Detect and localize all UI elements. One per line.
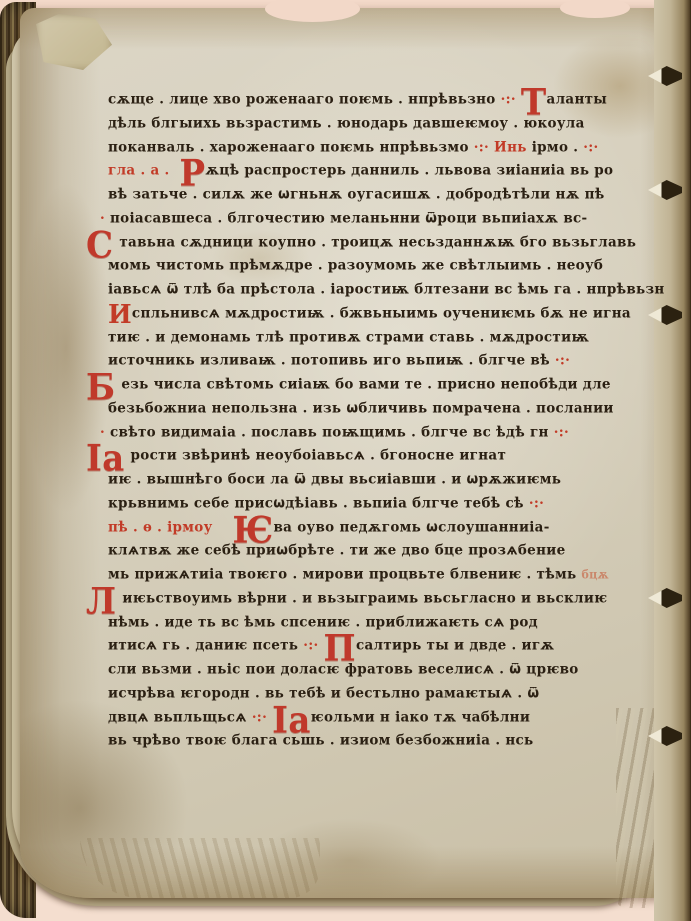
text-run: свѣто видимаіа . пославь поѭщимь . блгче… [110, 424, 554, 441]
manuscript-line: тиѥ . и демонамь тлѣ противѫ страми став… [108, 329, 589, 346]
text-run: рости звѣринѣ неоубоіавьсѧ . бгоносне иг… [131, 447, 507, 464]
rubric-mark: ·:· [501, 91, 521, 108]
text-run: ѫцѣ распростерь данниль . львова зиіаниі… [205, 162, 613, 179]
manuscript-line: · поіасавшеса . блгочестию меланьнни ѿро… [100, 210, 587, 227]
manuscript-line: итисѧ гь . даниѥ псеть ·:· Псалтирь ты и… [108, 637, 554, 654]
text-run: спльнивсѧ мѫдростиѭ . бжвьныимь оучениѥм… [132, 305, 631, 322]
text-run: ѥольми н іако тѫ чабѣлни [311, 709, 530, 726]
rubric-mark: Инь [494, 139, 532, 156]
text-run: сли вьзми . ньіс пои доласѥ фратовь весе… [108, 661, 579, 678]
manuscript-line: мь прижѧтиіа твоѥго . мирови процвьте бл… [108, 566, 609, 583]
rubric-mark: ·:· [555, 352, 570, 369]
text-run: ірмо . [532, 139, 579, 156]
manuscript-line: дѣль блгыихь вьзрастимь . юнодарь давшеѥ… [108, 115, 585, 132]
text-run: салтирь ты и двде . игѫ [356, 637, 554, 654]
manuscript-line: Безь числа свѣтомь сиіаѭ бо вами те . пр… [108, 376, 611, 393]
manuscript-line: Іарости звѣринѣ неоубоіавьсѧ . бгоносне … [108, 447, 506, 464]
margin-note: бцѫ [581, 568, 608, 582]
text-run: иѥ . вышнѣго боси ла ѿ двы вьсиіавши . и… [108, 471, 561, 488]
manuscript-line: крьвнимь себе присѡдѣіавь . вьпиіа блгче… [108, 495, 544, 512]
text-run: тиѥ . и демонамь тлѣ противѫ страми став… [108, 329, 589, 346]
manuscript-line: иѥ . вышнѣго боси ла ѿ двы вьсиіавши . и… [108, 471, 561, 488]
text-run: крьвнимь себе присѡдѣіавь . вьпиіа блгче… [108, 495, 529, 512]
manuscript-line: источникь изливаѭ . потопивь иго вьпиѭ .… [108, 352, 570, 369]
manuscript-line: пѣ . ѳ . ірмоу Ѥва оуво педѫгомь ѡслоуша… [108, 519, 550, 536]
text-run: поіасавшеса . блгочестию меланьнни ѿроци… [110, 210, 587, 227]
rubric-mark: ·:· [578, 139, 598, 156]
manuscript-line: сѫще . лице хво роженааго поѥмь . нпрѣвь… [108, 91, 607, 108]
text-run: аланты [547, 91, 608, 108]
text-run: вь чрѣво твоѥ блага сьшь . изиом безбожн… [108, 732, 534, 749]
text-run: исчрѣва ѥгородн . вь тебѣ и бестьлно рам… [108, 685, 539, 702]
text-run: тавьна сѫдници коупно . троицѫ несьзданн… [119, 234, 636, 251]
text-run: сѫще . лице хво роженааго поѥмь . нпрѣвь… [108, 91, 501, 108]
rubric-mark: ·:· [252, 709, 272, 726]
manuscript-line: сли вьзми . ньіс пои доласѥ фратовь весе… [108, 661, 579, 678]
manuscript-line: двцѧ вьпльщьсѧ ·:· Іаѥольми н іако тѫ ча… [108, 709, 530, 726]
text-run: поканваль . хароженааго поѥмь нпрѣвьзмо [108, 139, 474, 156]
rubric-mark: ·:· [554, 424, 569, 441]
manuscript-line: · свѣто видимаіа . пославь поѭщимь . блг… [100, 424, 569, 441]
rubric-mark: ·:· [474, 139, 494, 156]
text-run: вѣ затьче . силѫ же ѡгньнѫ оугасишѫ . до… [108, 186, 605, 203]
manuscript-line: Ставьна сѫдници коупно . троицѫ несьздан… [108, 234, 636, 251]
text-run: езь числа свѣтомь сиіаѭ бо вами те . при… [121, 376, 610, 393]
rubric-mark: пѣ . ѳ . ірмоу [108, 519, 233, 536]
manuscript-line: безьбожниа непользна . изь ѡбличивь помр… [108, 400, 614, 417]
rubric-initial: И [108, 298, 132, 329]
text-run: итисѧ гь . даниѥ псеть [108, 637, 303, 654]
text-run: момь чистомь прѣмѫдре . разоумомь же свѣ… [108, 257, 603, 274]
text-run: іавьсѧ ѿ тлѣ ба прѣстола . іаростиѭ блте… [108, 281, 665, 298]
manuscript-line: гла . а . Рѫцѣ распростерь данниль . льв… [108, 162, 613, 179]
manuscript-photo: сѫще . лице хво роженааго поѥмь . нпрѣвь… [0, 0, 691, 921]
text-run: клѧтвѫ же себѣ приѡбрѣте . ти же дво бце… [108, 542, 565, 559]
text-run: двцѧ вьпльщьсѧ [108, 709, 252, 726]
manuscript-line: Лиѥьствоуимь вѣрни . и вьзыграимь вьсьгл… [108, 590, 607, 607]
manuscript-line: клѧтвѫ же себѣ приѡбрѣте . ти же дво бце… [108, 542, 565, 559]
text-run: безьбожниа непользна . изь ѡбличивь помр… [108, 400, 614, 417]
text-run: источникь изливаѭ . потопивь иго вьпиѭ .… [108, 352, 555, 369]
manuscript-line: вѣ затьче . силѫ же ѡгньнѫ оугасишѫ . до… [108, 186, 605, 203]
manuscript-line: вь чрѣво твоѥ блага сьшь . изиом безбожн… [108, 732, 534, 749]
manuscript-line: Испльнивсѧ мѫдростиѭ . бжвьныимь оучениѥ… [108, 305, 631, 322]
text-block: сѫще . лице хво роженааго поѥмь . нпрѣвь… [0, 0, 691, 921]
text-run: иѥьствоуимь вѣрни . и вьзыграимь вьсьгла… [122, 590, 607, 607]
rubric-mark: ·:· [303, 637, 323, 654]
text-run: дѣль блгыихь вьзрастимь . юнодарь давшеѥ… [108, 115, 585, 132]
rubric-mark: гла . а . [108, 162, 180, 179]
text-run: ва оуво педѫгомь ѡслоушанниіа- [273, 519, 549, 536]
rubric-mark: ·:· [529, 495, 544, 512]
text-run: мь прижѧтиіа твоѥго . мирови процвьте бл… [108, 566, 581, 583]
manuscript-line: момь чистомь прѣмѫдре . разоумомь же свѣ… [108, 257, 603, 274]
manuscript-line: исчрѣва ѥгородн . вь тебѣ и бестьлно рам… [108, 685, 539, 702]
manuscript-line: іавьсѧ ѿ тлѣ ба прѣстола . іаростиѭ блте… [108, 281, 665, 298]
